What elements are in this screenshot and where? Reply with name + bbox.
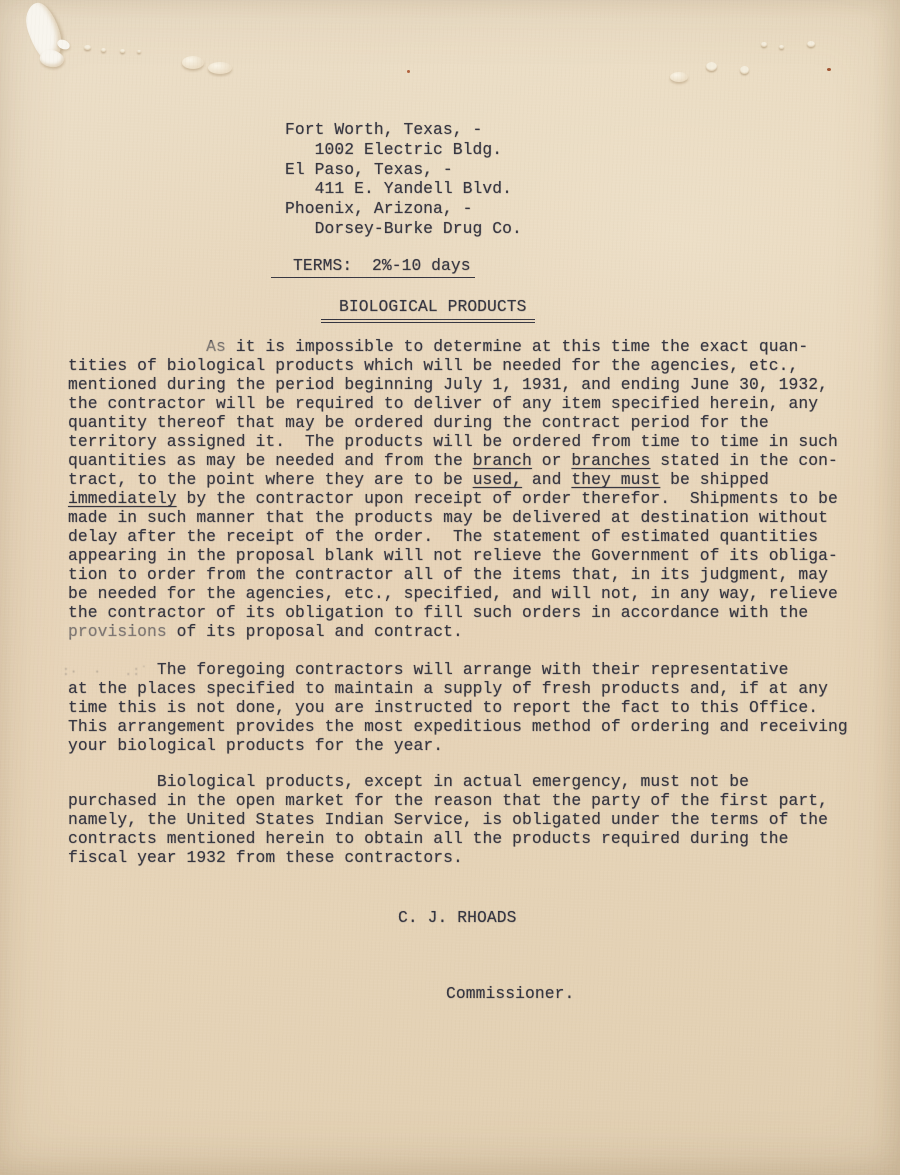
paper-tear <box>38 47 65 69</box>
document-title: BIOLOGICAL PRODUCTS <box>339 297 535 323</box>
paragraph-1: As it is impossible to determine at this… <box>68 337 858 641</box>
terms-line: TERMS: 2%-10 days <box>293 256 475 278</box>
terms-text: TERMS: 2%-10 days <box>271 256 475 278</box>
paper-dent <box>182 56 204 69</box>
fiber-speck <box>827 68 831 71</box>
paper-speck <box>807 41 815 47</box>
paper-speck <box>761 42 767 47</box>
paper-speck <box>740 66 749 74</box>
paragraph-3: Biological products, except in actual em… <box>68 772 858 867</box>
paragraph-2: The foregoing contractors will arrange w… <box>68 660 858 755</box>
scanned-letter-page: Fort Worth, Texas, - 1002 Electric Bldg.… <box>0 0 900 1175</box>
paper-dent <box>670 72 688 82</box>
signature-title: Commissioner. <box>446 984 574 1003</box>
signature-name: C. J. RHOADS <box>398 908 516 927</box>
paper-speck <box>120 49 125 53</box>
paper-speck <box>706 62 717 71</box>
document-title-text: BIOLOGICAL PRODUCTS <box>321 297 535 323</box>
paper-speck <box>779 45 784 49</box>
paper-speck <box>84 45 91 50</box>
paper-speck <box>137 50 141 53</box>
address-block: Fort Worth, Texas, - 1002 Electric Bldg.… <box>285 120 522 239</box>
paper-speck <box>101 48 106 52</box>
fiber-speck <box>407 70 410 73</box>
paper-dent <box>208 62 232 74</box>
